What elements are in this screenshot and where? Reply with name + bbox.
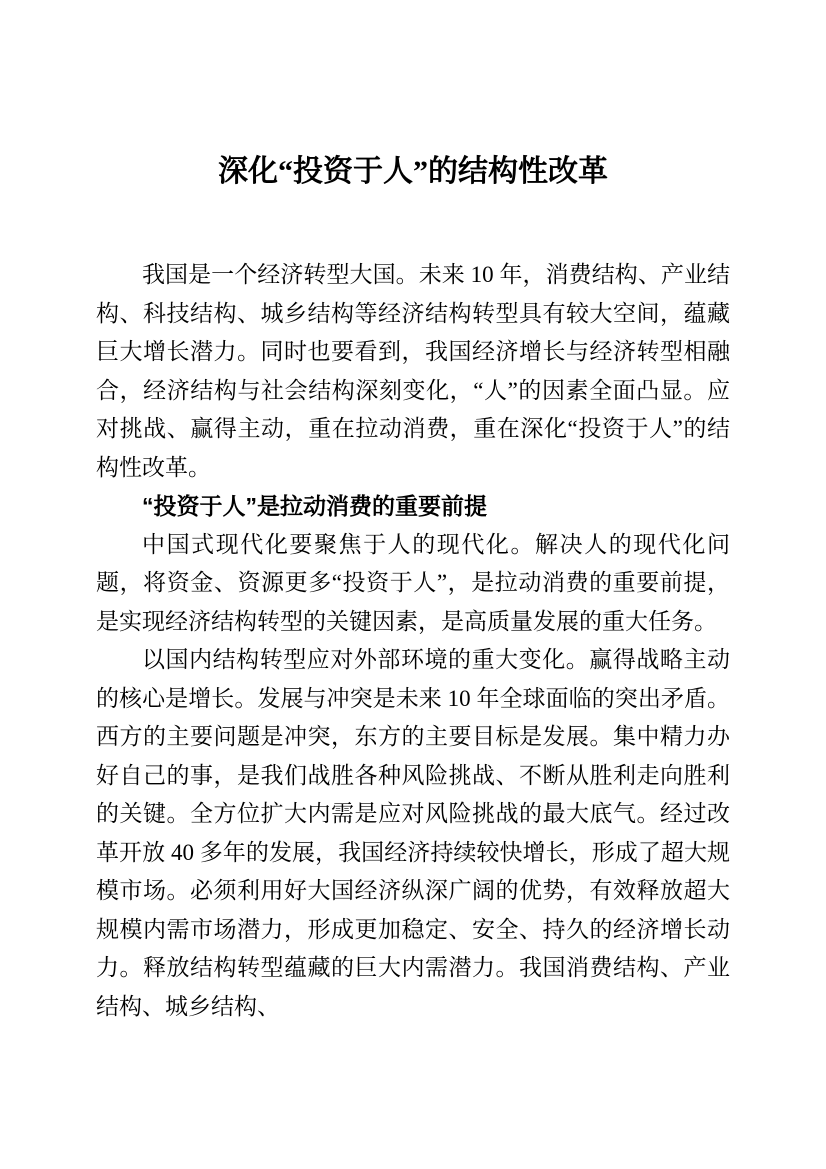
document-title: 深化“投资于人”的结构性改革	[96, 0, 730, 194]
section-paragraph-1: 中国式现代化要聚焦于人的现代化。解决人的现代化问题，将资金、资源更多“投资于人”…	[96, 526, 730, 642]
section-heading: “投资于人”是拉动消费的重要前提	[96, 487, 730, 526]
document-page: 深化“投资于人”的结构性改革 我国是一个经济转型大国。未来 10 年，消费结构、…	[0, 0, 826, 1169]
intro-paragraph: 我国是一个经济转型大国。未来 10 年，消费结构、产业结构、科技结构、城乡结构等…	[96, 256, 730, 487]
section-paragraph-2: 以国内结构转型应对外部环境的重大变化。赢得战略主动的核心是增长。发展与冲突是未来…	[96, 641, 730, 1026]
document-content: 深化“投资于人”的结构性改革 我国是一个经济转型大国。未来 10 年，消费结构、…	[96, 0, 730, 1026]
